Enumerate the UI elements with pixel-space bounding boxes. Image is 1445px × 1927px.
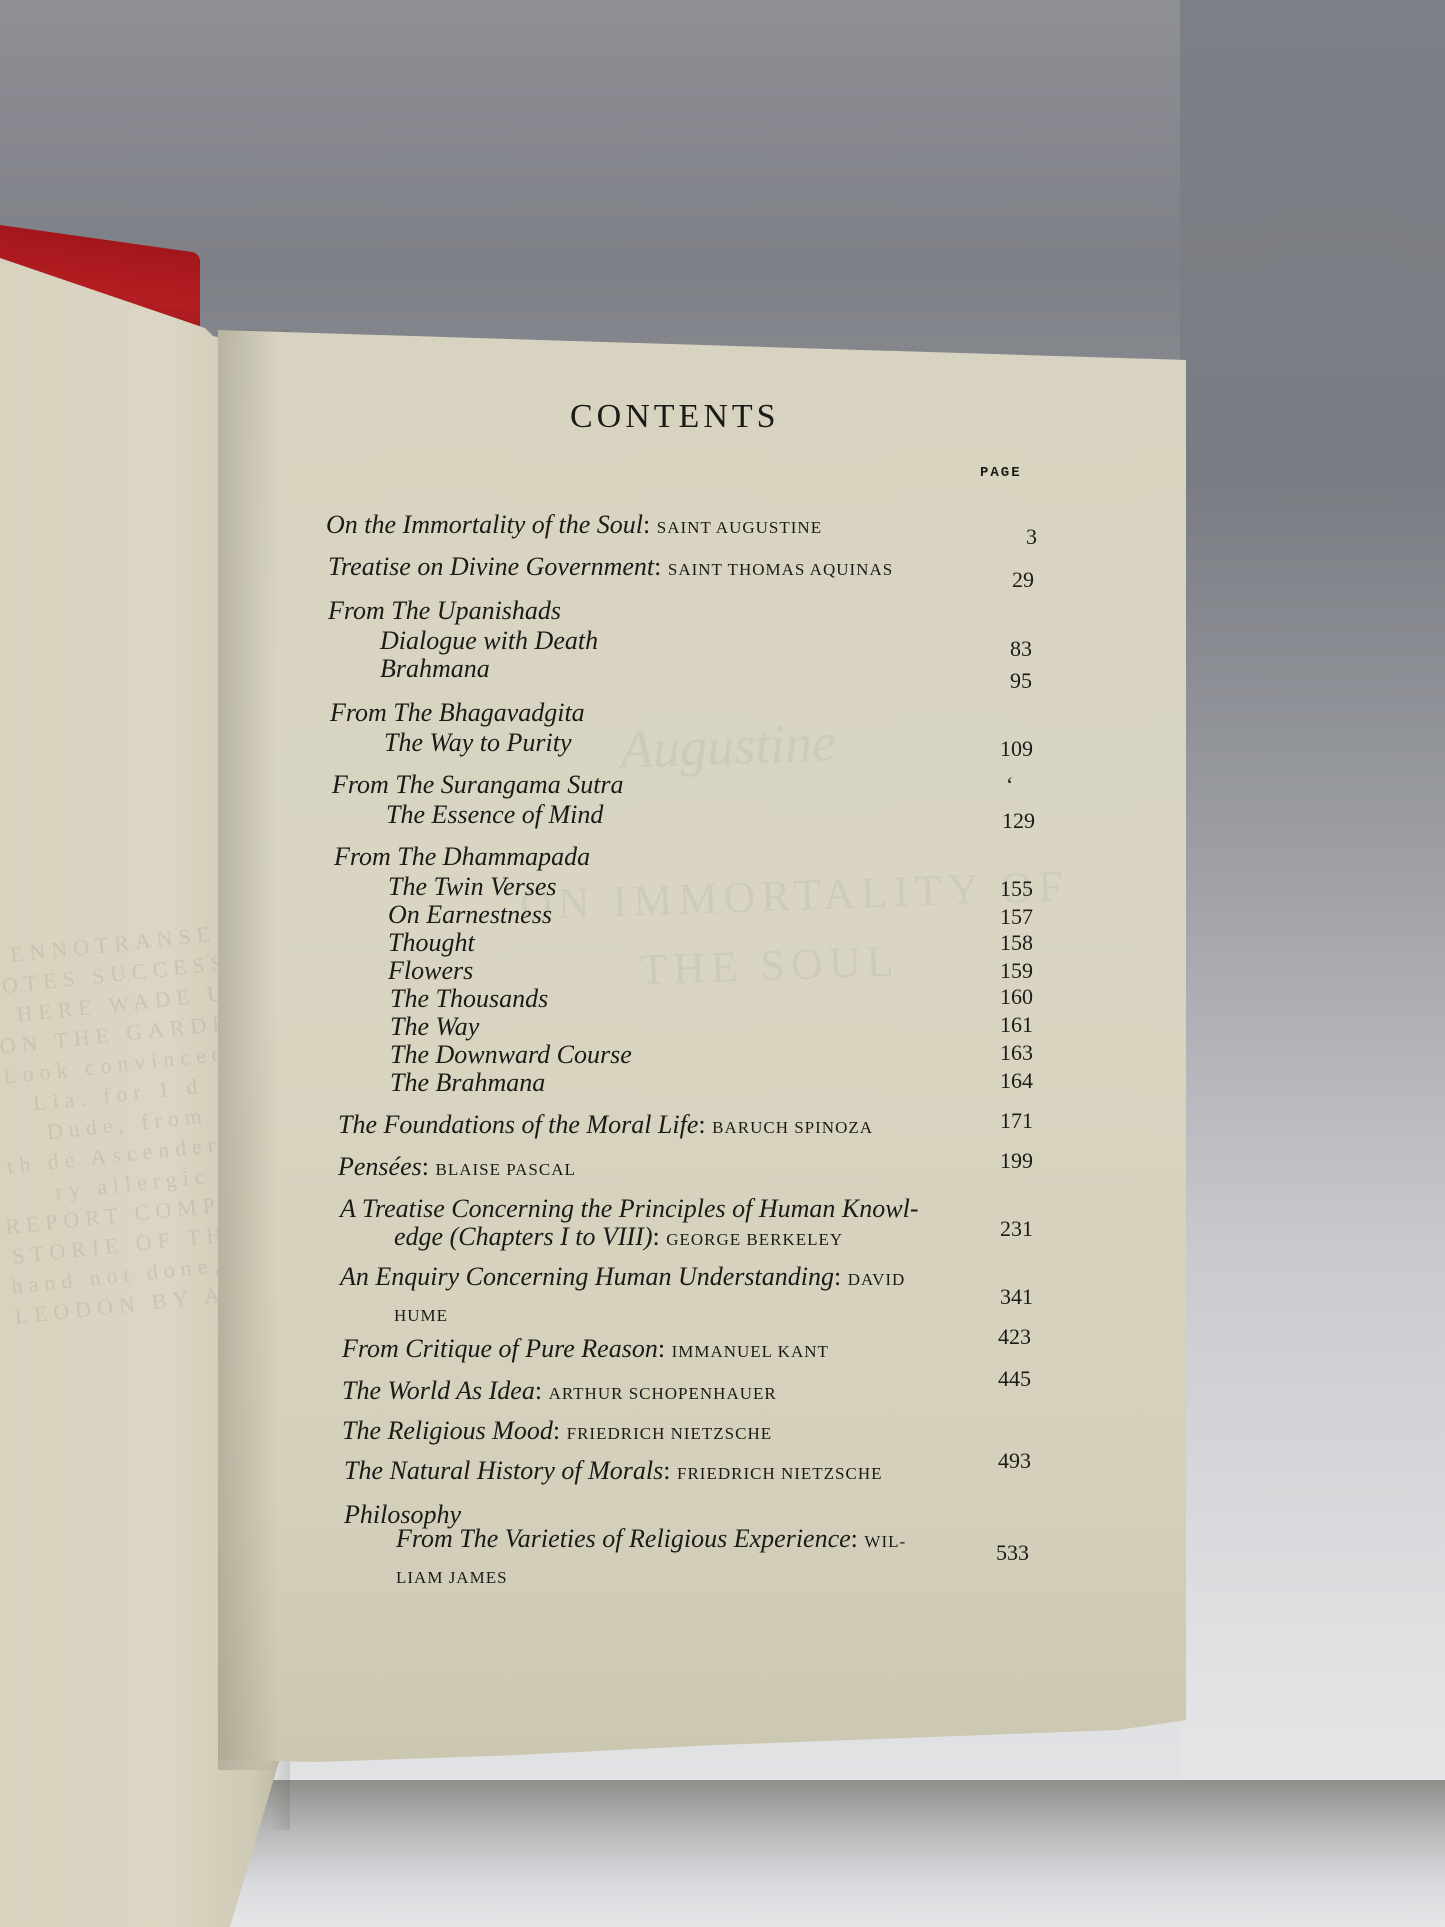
toc-entry: Dialogue with Death <box>380 626 598 656</box>
entry-page-number: 423 <box>998 1324 1031 1350</box>
toc-entry: From Critique of Pure Reason: IMMANUEL K… <box>342 1334 829 1364</box>
entry-page-number: 160 <box>1000 984 1033 1010</box>
toc-entry: Flowers <box>388 956 473 986</box>
entry-author: SAINT THOMAS AQUINAS <box>668 560 893 579</box>
toc-section-heading: From The Dhammapada <box>334 842 590 872</box>
toc-entry: Treatise on Divine Government: SAINT THO… <box>328 552 893 582</box>
page-column-label: PAGE <box>980 465 1022 481</box>
entry-page-number: 129 <box>1002 808 1035 834</box>
toc-entry: The Foundations of the Moral Life: BARUC… <box>338 1110 873 1140</box>
entry-author: ARTHUR SCHOPENHAUER <box>549 1384 777 1403</box>
entry-author: WIL- <box>864 1532 906 1551</box>
table-of-contents: CONTENTS PAGE On the Immortality of the … <box>0 0 1445 1927</box>
toc-entry: The Religious Mood: FRIEDRICH NIETZSCHE <box>342 1416 772 1446</box>
entry-page-number: 199 <box>1000 1148 1033 1174</box>
toc-entry: From The Varieties of Religious Experien… <box>396 1524 906 1554</box>
toc-entry: The Natural History of Morals: FRIEDRICH… <box>344 1456 883 1486</box>
toc-entry: The Thousands <box>390 984 548 1014</box>
entry-page-number: 159 <box>1000 958 1033 984</box>
toc-entry: The Brahmana <box>390 1068 545 1098</box>
toc-entry-continued: HUME <box>394 1298 448 1328</box>
entry-author: FRIEDRICH NIETZSCHE <box>567 1424 773 1443</box>
entry-page-number: 445 <box>998 1366 1031 1392</box>
toc-entry: On Earnestness <box>388 900 552 930</box>
toc-entry: The Way to Purity <box>384 728 572 758</box>
entry-page-number: 3 <box>1026 524 1037 550</box>
toc-entry: The Essence of Mind <box>386 800 603 830</box>
entry-page-number: 29 <box>1012 567 1034 593</box>
entry-page-number: 83 <box>1010 636 1032 662</box>
entry-page-number: 95 <box>1010 668 1032 694</box>
toc-entry: Brahmana <box>380 654 490 684</box>
entry-author: GEORGE BERKELEY <box>666 1230 843 1249</box>
entry-page-number: 163 <box>1000 1040 1033 1066</box>
toc-entry: The World As Idea: ARTHUR SCHOPENHAUER <box>342 1376 777 1406</box>
toc-entry: A Treatise Concerning the Principles of … <box>340 1194 918 1224</box>
entry-author: LIAM JAMES <box>396 1568 508 1587</box>
entry-page-number: ‘ <box>1006 772 1013 798</box>
toc-entry: Thought <box>388 928 475 958</box>
entry-page-number: 157 <box>1000 904 1033 930</box>
page-title: CONTENTS <box>570 398 780 436</box>
toc-section-heading: From The Upanishads <box>328 596 561 626</box>
entry-page-number: 158 <box>1000 930 1033 956</box>
toc-entry: On the Immortality of the Soul: SAINT AU… <box>326 510 822 540</box>
entry-author: HUME <box>394 1306 448 1325</box>
toc-entry: The Downward Course <box>390 1040 632 1070</box>
entry-page-number: 341 <box>1000 1284 1033 1310</box>
entry-author: IMMANUEL KANT <box>672 1342 829 1361</box>
entry-page-number: 164 <box>1000 1068 1033 1094</box>
entry-page-number: 155 <box>1000 876 1033 902</box>
toc-section-heading: From The Surangama Sutra <box>332 770 624 800</box>
entry-author: BARUCH SPINOZA <box>712 1118 873 1137</box>
toc-entry-continued: edge (Chapters I to VIII): GEORGE BERKEL… <box>394 1222 843 1252</box>
entry-author: FRIEDRICH NIETZSCHE <box>677 1464 883 1483</box>
entry-author: DAVID <box>848 1270 906 1289</box>
toc-entry-continued: LIAM JAMES <box>396 1560 508 1590</box>
entry-page-number: 161 <box>1000 1012 1033 1038</box>
entry-page-number: 231 <box>1000 1216 1033 1242</box>
entry-author: SAINT AUGUSTINE <box>657 518 822 537</box>
entry-author: BLAISE PASCAL <box>435 1160 575 1179</box>
toc-entry: Pensées: BLAISE PASCAL <box>338 1152 576 1182</box>
entry-page-number: 533 <box>996 1540 1029 1566</box>
entry-page-number: 171 <box>1000 1108 1033 1134</box>
toc-entry: The Twin Verses <box>388 872 557 902</box>
toc-entry: The Way <box>390 1012 479 1042</box>
toc-section-heading: From The Bhagavadgita <box>330 698 585 728</box>
entry-page-number: 493 <box>998 1448 1031 1474</box>
toc-entry: An Enquiry Concerning Human Understandin… <box>340 1262 905 1292</box>
entry-page-number: 109 <box>1000 736 1033 762</box>
